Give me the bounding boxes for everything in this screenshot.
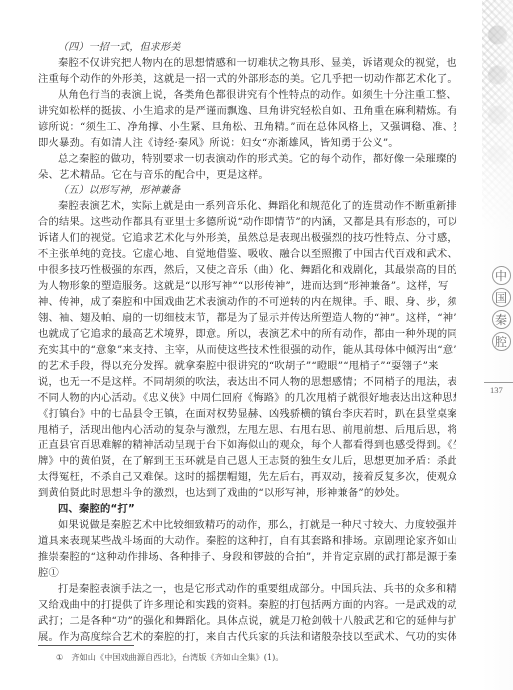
footnote-divider [38,645,134,646]
text-line: 神、传神，成了秦腔和中国戏曲艺术表演动作的不可逆转的内在规律。手、眼、身、步，须… [38,295,456,311]
text-line: 《打镇台》中的七品县令王镇，在面对权势显赫、凶残骄横的镇台李庆若时，趴在县堂桌案… [38,407,456,423]
footnote-text: 齐如山《中国戏曲源自西北》，台湾版《齐如山全集》(1)。 [71,652,283,662]
chapter-heading: 四、秦腔的“打” [38,502,456,518]
page-number-divider [484,382,513,383]
text-line: 武打；二是各种“功”的强化和舞蹈化。具体点说，就是刀枪剑戟十八般武艺和它的延伸与… [38,614,456,630]
section-heading: （五）以形写神，形神兼备 [38,183,456,199]
text-line: 不主张单纯的竞技。它虚心地、自觉地借鉴、吸收、融合以至照搬了中国古代百戏和武术、… [38,247,456,263]
text-line: 秦腔不仅讲究把人物内在的思想情感和一切难状之物具形、显美，诉诸观众的视觉，也十分 [38,56,456,72]
text-line: 太得冤枉，不杀自己又难保。这时的摇摆帽翅，先左后右，再双动，接着反复多次，使观众… [38,470,456,486]
text-line: 如果说做是秦腔艺术中比较细致精巧的动作，那么，打就是一种尺寸较大、力度较强并通过 [38,518,456,534]
book-page: （四）一招一式，但求形美 秦腔不仅讲究把人物内在的思想情感和一切难状之物具形、显… [0,0,513,690]
body-text: （四）一招一式，但求形美 秦腔不仅讲究把人物内在的思想情感和一切难状之物具形、显… [38,40,456,646]
title-char: 腔 [492,332,511,351]
footnote: ①齐如山《中国戏曲源自西北》，台湾版《齐如山全集》(1)。 [56,652,284,663]
title-char: 国 [492,288,511,307]
text-line: 注重每个动作的外形美，这就是一招一式的外部形态的美。它几乎把一切动作都艺术化了。 [38,72,456,88]
decorative-pattern-strip [482,0,513,230]
text-line: 秦腔表演艺术，实际上就是由一系列音乐化、舞蹈化和规范化了的连贯动作不断重新排列组 [38,199,456,215]
book-title-vertical: 中 国 秦 腔 [489,266,513,351]
title-char: 秦 [492,310,511,329]
text-line-with-footnote-ref: 腔① [38,566,456,582]
text-line: 说，也无一不是这样。不同胡须的吹法，表达出不同人物的思想感情；不同梢子的甩法，表… [38,375,456,391]
text-line: 诉诸人们的视觉。它追求艺术化与外形美，虽然总是表现出极强烈的技巧性特点、分寸感，… [38,231,456,247]
text-line: 推崇秦腔的“这种动作排场、各种排子、身段和锣鼓的合拍”，并肯定京剧的武打都是源于… [38,550,456,566]
text-line: 中很多技巧性极强的东西，然后，又使之音乐（曲）化、舞蹈化和戏剧化，其最崇高的目的… [38,263,456,279]
text-line: 合的结果。这些动作都具有亚里士多德所说“动作即情节”的内涵，又都是具有形态的，可… [38,215,456,231]
footnote-mark: ① [56,652,63,662]
text-line: 朵、艺术精品。它在与音乐的配合中，更是这样。 [38,168,456,184]
text-line: 即火暴劲。有如清人注《诗经·秦风》所说：妇女“亦渐雄风，皆知勇于公义”。 [38,136,456,152]
text-line: 总之秦腔的做功，特别要求一切表演动作的形式美。它的每个动作，都好像一朵璀璨的花 [38,152,456,168]
section-heading: （四）一招一式，但求形美 [38,40,456,56]
text-line: 展。作为高度综合艺术的秦腔的打，来自古代兵家的兵法和诸般杂技以至武术、气功的实体… [38,630,456,646]
text-line: 又给戏曲中的打提供了许多理论和实践的资料。秦腔的打包括两方面的内容。一是武戏的动… [38,598,456,614]
text-line: 到黄伯贤此时思想斗争的激烈，也达到了戏曲的“以形写神，形神兼备”的妙处。 [38,486,456,502]
text-line: 道具来表现某些战斗场面的大动作。秦腔的这种打，自有其套路和排场。京剧理论家齐如山… [38,534,456,550]
text-line: 不同人物的内心活动。《忠义侠》中周仁回府《悔路》的几次甩梢子就很好地表达出这种思… [38,391,456,407]
page-number: 137 [490,385,503,395]
text-line: 牌》中的黄伯贤，在了解到王玉环就是自己恩人王志贤的独生女儿后，思想更加矛盾：杀此… [38,454,456,470]
text-line: 也就成了它追求的最高艺术境界，即意。所以，表演艺术中的所有动作，都由一种外现的同… [38,327,456,343]
title-char: 中 [492,266,511,285]
text-line: 打是秦腔表演手法之一，也是它形式动作的重要组成部分。中国兵法、兵书的众多和精彩， [38,582,456,598]
text-line: 讲究如松样的挺拔、小生追求的是严谨而飘逸、旦角讲究轻松自如、丑角重在麻利精炼。有… [38,104,456,120]
text-line: 正直县官百思难解的精神活动呈现于台下如海似山的观众，每个人都看得到也感受得到。《… [38,438,456,454]
text-line: 甩梢子，活现出他内心活动的复杂与激烈，左甩左思、右甩右思、前甩前想、后甩后思，将… [38,423,456,439]
text-line: 为人物形象的塑造服务。这就是“以形写神”“以形传神”，进而达到“形神兼备”。这样… [38,279,456,295]
text-line: 从角色行当的表演上说，各类角色都很讲究有个性特点的动作。如须生十分注重工整、净角 [38,88,456,104]
text-line: 翎、袖、翅及帕、扇的一切细枝末节，都是为了显示并传达所塑造人物的“神”。这样，“… [38,311,456,327]
text-line: 的艺术手段，得以充分发挥。就拿秦腔中很讲究的“吹胡子”“瞪眼”“甩梢子”“耍翎子… [38,359,456,375]
text-line: 充实其中的“意象”来支持、主宰，从而使这些技术性很强的动作，能从其母体中倾泻出“… [38,343,456,359]
text-line: 谚所说：“须生工、净角撑、小生紧、旦角松、丑角精。”而在总体风格上，又强调稳、准… [38,120,456,136]
